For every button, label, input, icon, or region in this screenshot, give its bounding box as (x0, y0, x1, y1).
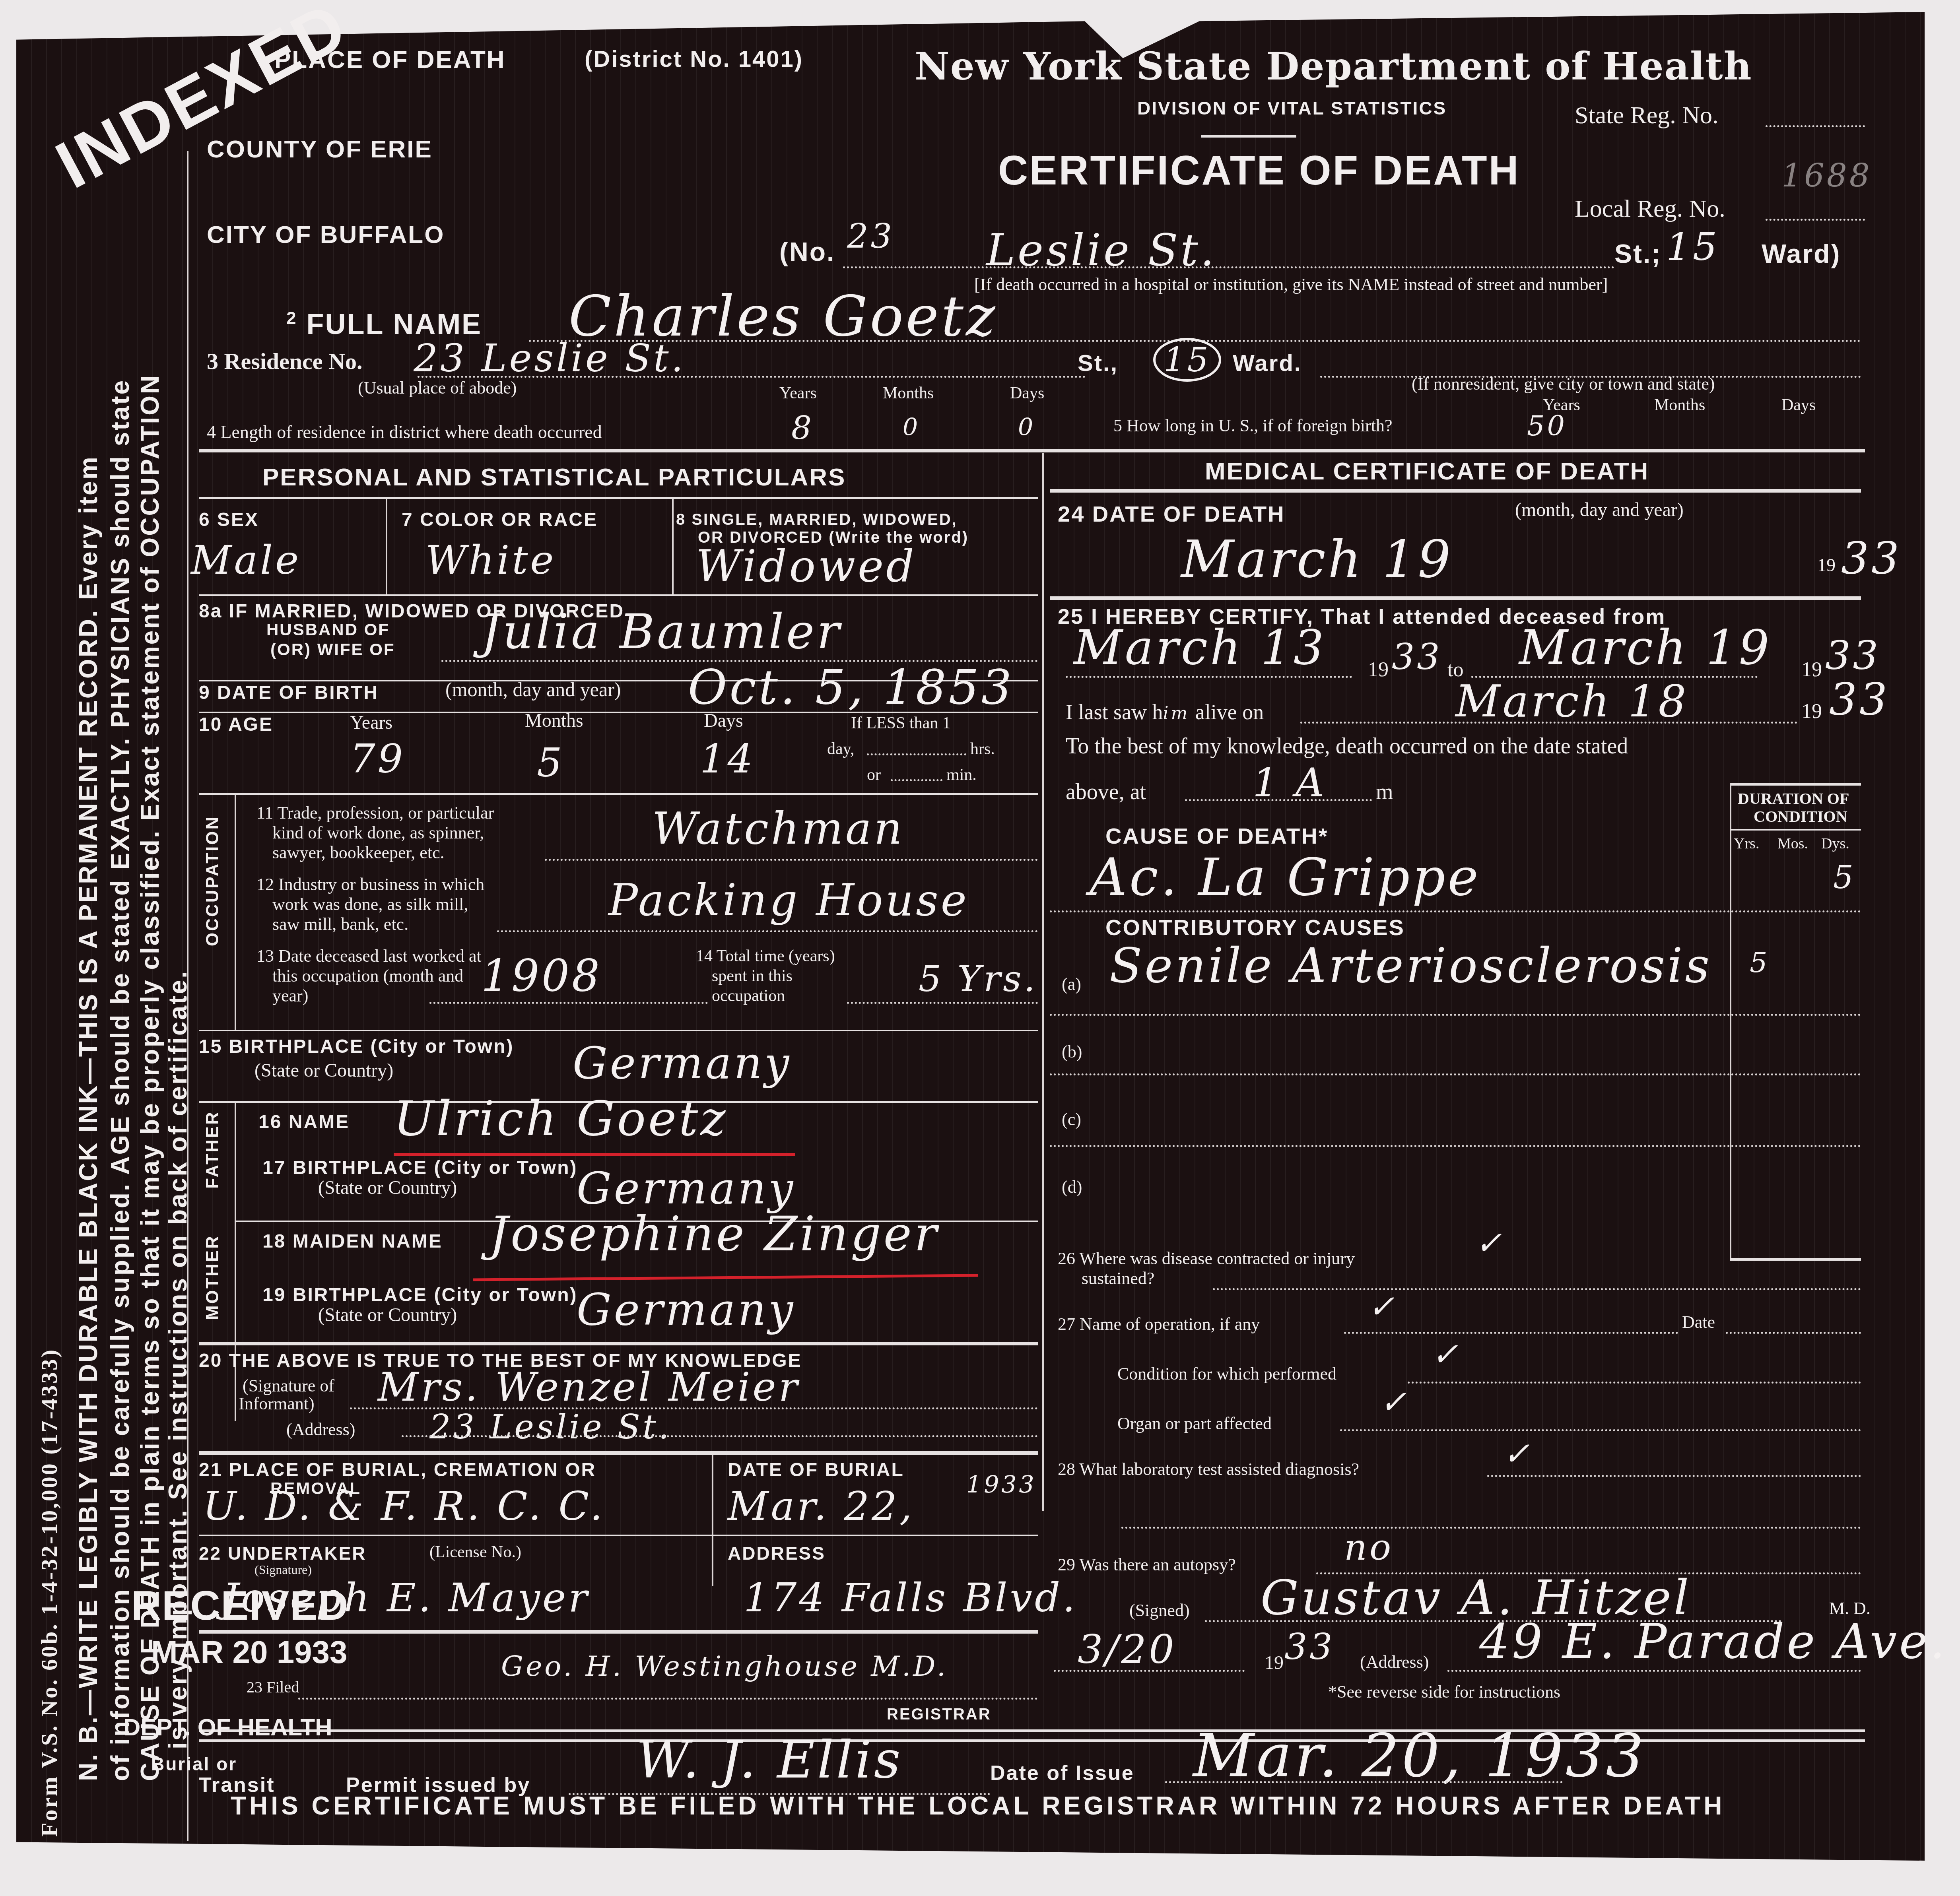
usual-abode-hint: (Usual place of abode) (358, 378, 517, 398)
sex-label: 6 SEX (199, 509, 259, 531)
total-time-label-line: occupation (696, 986, 835, 1006)
divider (235, 795, 236, 1030)
signed-label: (Signed) (1129, 1600, 1190, 1620)
cause-of-death-label: CAUSE OF DEATH* (1105, 823, 1328, 849)
contributory-cause-a: Senile Arteriosclerosis (1109, 938, 1712, 994)
age-years-header: Years (350, 712, 392, 734)
received-stamp-date: MAR 20 1933 (151, 1634, 348, 1671)
divider (386, 499, 387, 594)
burial-permit-label: Burial or (151, 1753, 237, 1775)
signature-year-value: 33 (1284, 1626, 1335, 1668)
burial-date-label: DATE OF BURIAL (728, 1459, 904, 1481)
father-name-value: Ulrich Goetz (394, 1091, 728, 1147)
father-name-label: 16 NAME (258, 1111, 350, 1133)
divider (199, 712, 1038, 713)
age-months-header: Months (525, 710, 583, 732)
signature-date-value: 3/20 (1078, 1626, 1177, 1673)
street-field[interactable] (843, 266, 1614, 268)
marital-value: Widowed (696, 541, 917, 592)
q28-field[interactable] (1487, 1475, 1861, 1477)
place-of-death-label: PLACE OF DEATH (274, 46, 506, 74)
age-label: 10 AGE (199, 714, 273, 736)
contrib-field-c[interactable] (1050, 1145, 1861, 1147)
year-prefix: 19 (1265, 1652, 1284, 1674)
dob-label: 9 DATE OF BIRTH (199, 682, 379, 704)
department-title: New York State Department of Health (915, 44, 1752, 89)
duration-years-header: Yrs. (1734, 835, 1759, 852)
informant-address-field[interactable] (402, 1435, 1038, 1437)
age-months-value: 5 (537, 739, 565, 786)
district-number: (District No. 1401) (585, 46, 803, 72)
cause-duration-days: 5 (1833, 859, 1856, 896)
duration-days-header: Dys. (1821, 835, 1849, 852)
mother-name-label: 18 MAIDEN NAME (262, 1230, 443, 1252)
residence-st-label: St., (1078, 350, 1118, 376)
total-time-label-line: 14 Total time (years) (696, 946, 835, 966)
best-knowledge-statement: To the best of my knowledge, death occur… (1066, 734, 1628, 759)
item-number: 2 (286, 309, 297, 328)
birthplace-label: 15 BIRTHPLACE (City or Town) (199, 1036, 514, 1058)
race-value: White (425, 537, 556, 583)
duration-box-top (1730, 783, 1861, 786)
years-in-us-text: How long in U. S., if of foreign birth? (1127, 416, 1392, 435)
informant-sig-label: (Signature of (243, 1376, 334, 1396)
duration-heading-2: CONDITION (1754, 807, 1847, 826)
instruction-line-1: N. B.—WRITE LEGIBLY WITH DURABLE BLACK I… (74, 455, 103, 1781)
date-of-death-hint: (month, day and year) (1515, 499, 1684, 521)
burial-label: 21 PLACE OF BURIAL, CREMATION OR (199, 1459, 596, 1481)
last-saw-text: I last saw h (1066, 700, 1163, 724)
q27-field[interactable] (1344, 1332, 1678, 1334)
father-side-label: FATHER (203, 1110, 223, 1189)
or-label: or (867, 765, 881, 784)
duration-box-bottom (1730, 1258, 1861, 1261)
q27-organ-label: Organ or part affected (1117, 1413, 1272, 1434)
residence-months-value: 0 (903, 413, 920, 441)
year-prefix: 19 (1801, 658, 1822, 681)
divider (199, 497, 1038, 499)
divider (1050, 489, 1861, 493)
full-name-label-text: FULL NAME (307, 309, 482, 340)
attended-to-year: 33 (1825, 632, 1880, 679)
attended-to-value: March 19 (1519, 620, 1772, 675)
birthplace-label-2: (State or Country) (254, 1060, 393, 1081)
date-of-death-year-prefix: 19 (1817, 555, 1836, 576)
dob-hint: (month, day and year) (445, 678, 621, 701)
burial-place-value: U. D. & F. R. C. C. (203, 1483, 605, 1529)
q26-label-2: sustained? (1082, 1268, 1154, 1289)
contrib-letter-b: (b) (1062, 1042, 1082, 1062)
residence-days-header: Days (1010, 384, 1044, 403)
hours-label: hrs. (970, 739, 995, 759)
less-than-day-label: If LESS than 1 (851, 714, 951, 733)
item-number: 4 (207, 422, 216, 442)
contrib-letter-d: (d) (1062, 1177, 1082, 1197)
date-of-death-value: March 19 (1181, 529, 1453, 589)
residence-ward-value: 15 (1153, 338, 1221, 382)
local-reg-value: 1688 (1781, 157, 1872, 194)
contrib-field-b[interactable] (1050, 1073, 1861, 1075)
residence-value: 23 Leslie St. (414, 336, 686, 380)
duration-months-header: Mos. (1777, 835, 1808, 852)
attended-from-value: March 13 (1074, 620, 1326, 675)
occupation-side-label: OCCUPATION (203, 815, 223, 946)
q27-organ-checkmark: ✓ (1380, 1384, 1409, 1421)
q28-label: 28 What laboratory test assisted diagnos… (1058, 1459, 1359, 1479)
informant-value: Mrs. Wenzel Meier (378, 1364, 800, 1410)
filing-notice: THIS CERTIFICATE MUST BE FILED WITH THE … (231, 1791, 1725, 1820)
birthplace-value: Germany (573, 1038, 791, 1089)
last-worked-label-line: this occupation (month and (256, 966, 482, 986)
length-of-residence-label: 4 Length of residence in district where … (207, 421, 602, 442)
instruction-line-2: of information should be carefully suppl… (105, 379, 135, 1781)
undertaker-label: 22 UNDERTAKER (199, 1543, 367, 1564)
q26-checkmark: ✓ (1475, 1225, 1504, 1261)
us-months-header: Months (1654, 396, 1705, 415)
wife-of-label: (OR) WIFE OF (270, 640, 395, 659)
residence-months-header: Months (883, 384, 934, 403)
q27-label: 27 Name of operation, if any (1058, 1314, 1260, 1334)
father-birthplace-value: Germany (577, 1163, 795, 1214)
q27-condition-field[interactable] (1408, 1382, 1861, 1384)
residence-days-value: 0 (1018, 413, 1035, 441)
minutes-field[interactable] (891, 779, 942, 781)
mother-name-value: Josephine Zinger (489, 1207, 939, 1262)
industry-value: Packing House (608, 875, 969, 926)
state-reg-label: State Reg. No. (1575, 101, 1719, 130)
reverse-instructions-note: *See reverse side for instructions (1328, 1682, 1560, 1702)
q27-organ-field[interactable] (1340, 1429, 1861, 1431)
divider (199, 1535, 1038, 1536)
registrar-signature: Geo. H. Westinghouse M.D. (501, 1650, 948, 1683)
trade-field[interactable] (545, 859, 1038, 861)
medical-heading: MEDICAL CERTIFICATE OF DEATH (1205, 457, 1649, 485)
age-days-header: Days (704, 710, 743, 732)
total-time-label: 14 Total time (years)spent in thisoccupa… (696, 946, 835, 1006)
undertaker-address-value: 174 Falls Blvd. (744, 1574, 1078, 1621)
last-worked-label-line: 13 Date deceased last worked at (256, 946, 482, 966)
q26-field[interactable] (1213, 1288, 1861, 1290)
duration-box-left (1730, 783, 1731, 1260)
informant-sig-label-2: Informant) (239, 1393, 315, 1414)
divider (712, 1455, 713, 1586)
minutes-label: min. (946, 765, 977, 784)
street-number-label: (No. (779, 237, 835, 267)
last-saw-field[interactable] (1300, 722, 1797, 724)
informant-address-label: (Address) (286, 1419, 355, 1440)
us-years-value: 50 (1527, 409, 1567, 442)
total-time-value: 5 Yrs. (919, 958, 1037, 1000)
undertaker-license-label: (License No.) (429, 1543, 521, 1562)
local-reg-label: Local Reg. No. (1575, 195, 1725, 223)
instruction-line-3: CAUSE OF DEATH in plain terms so that it… (135, 374, 165, 1781)
q27-checkmark: ✓ (1368, 1288, 1397, 1325)
mother-birthplace-label: 19 BIRTHPLACE (City or Town) (262, 1284, 577, 1306)
contrib-letter-c: (c) (1062, 1109, 1081, 1129)
residence-years-header: Years (779, 384, 817, 403)
trade-value: Watchman (652, 803, 904, 854)
red-underline (394, 1153, 795, 1156)
contrib-field-a[interactable] (1050, 1014, 1861, 1016)
last-saw-value: March 18 (1455, 676, 1688, 727)
residence-label-text: Residence No. (224, 348, 363, 374)
sex-value: Male (191, 537, 301, 583)
cause-field[interactable] (1050, 910, 1861, 912)
father-birthplace-label: 17 BIRTHPLACE (City or Town) (262, 1157, 577, 1179)
trade-label-line: kind of work done, as spinner, (256, 823, 494, 843)
spouse-value: Julia Baumler (481, 604, 842, 660)
street-number-value: 23 (847, 217, 894, 256)
issue-date-value: Mar. 20, 1933 (1193, 1721, 1646, 1791)
contributory-causes-label: CONTRIBUTORY CAUSES (1105, 914, 1405, 940)
duration-heading: DURATION OF (1738, 789, 1849, 808)
q28-field-2[interactable] (1121, 1527, 1861, 1529)
physician-address-label: (Address) (1360, 1652, 1429, 1672)
received-stamp: RECEIVED (131, 1582, 349, 1630)
trade-label-line: sawyer, bookkeeper, etc. (256, 843, 494, 863)
year-prefix: 19 (1801, 700, 1822, 723)
county-label: COUNTY OF ERIE (207, 135, 433, 163)
contributory-duration-a: 5 (1750, 946, 1770, 979)
cause-of-death-value: Ac. La Grippe (1090, 847, 1480, 907)
total-time-field[interactable] (847, 1002, 1038, 1004)
total-time-label-line: spent in this (696, 966, 835, 986)
dob-value: Oct. 5, 1853 (688, 660, 1014, 715)
divider (672, 499, 674, 594)
attended-from-year: 33 (1392, 636, 1442, 678)
item-number: 5 (1113, 416, 1122, 435)
alive-on-text: alive on (1195, 700, 1264, 724)
trade-label: 11 Trade, profession, or particularkind … (256, 803, 494, 863)
street-st-label: St.; (1614, 239, 1661, 269)
length-of-residence-text: Length of residence in district where de… (221, 422, 602, 442)
burial-year-value: 1933 (966, 1471, 1037, 1499)
time-of-death-field[interactable] (1185, 799, 1372, 801)
nonresident-hint: (If nonresident, give city or town and s… (1412, 374, 1715, 394)
personal-heading: PERSONAL AND STATISTICAL PARTICULARS (262, 463, 846, 491)
certificate-title: CERTIFICATE OF DEATH (998, 147, 1520, 194)
issue-date-field[interactable] (1165, 1781, 1563, 1783)
trade-label-line: 11 Trade, profession, or particular (256, 803, 494, 823)
meridiem-label: m (1376, 779, 1393, 805)
title-divider (1201, 135, 1296, 138)
industry-label-line: 12 Industry or business in which (256, 875, 484, 895)
divider (1730, 829, 1861, 831)
hospital-note: [If death occurred in a hospital or inst… (974, 274, 1608, 295)
informant-address-value: 23 Leslie St. (429, 1407, 671, 1446)
divider (199, 793, 1038, 795)
q26-label: 26 Where was disease contracted or injur… (1058, 1248, 1355, 1269)
industry-field[interactable] (497, 930, 1038, 932)
permit-issued-by-value: W. J. Ellis (636, 1729, 903, 1790)
operation-date-field[interactable] (1726, 1332, 1861, 1334)
q27-condition-checkmark: ✓ (1432, 1336, 1461, 1373)
last-saw-label: I last saw him alive on (1066, 700, 1264, 724)
section-divider (199, 449, 1865, 452)
date-of-death-label: 24 DATE OF DEATH (1058, 501, 1285, 527)
industry-label: 12 Industry or business in whichwork was… (256, 875, 484, 934)
autopsy-value: no (1344, 1527, 1393, 1568)
race-label: 7 COLOR OR RACE (402, 509, 598, 531)
division-label: DIVISION OF VITAL STATISTICS (1137, 97, 1447, 119)
date-of-death-year-value: 33 (1841, 533, 1902, 584)
ward-label: Ward) (1762, 239, 1841, 269)
city-label: CITY OF BUFFALO (207, 221, 445, 249)
divider (199, 1342, 1038, 1345)
divider (1050, 596, 1861, 600)
mother-birthplace-value: Germany (577, 1284, 795, 1335)
divider (235, 1103, 236, 1421)
industry-label-line: saw mill, bank, etc. (256, 914, 484, 934)
last-saw-year: 33 (1829, 674, 1890, 725)
husband-of-label: HUSBAND OF (266, 620, 390, 639)
physician-address-field[interactable] (1447, 1670, 1861, 1672)
registrar-label: REGISTRAR (887, 1706, 991, 1723)
father-birthplace-label-2: (State or Country) (318, 1177, 457, 1199)
state-reg-field[interactable] (1766, 125, 1865, 127)
local-reg-field[interactable] (1766, 219, 1865, 221)
residence-label: 3 Residence No. (207, 348, 362, 375)
center-divider (1042, 453, 1044, 1511)
year-prefix: 19 (1368, 658, 1389, 681)
mother-birthplace-label-2: (State or Country) (318, 1304, 457, 1326)
divider (199, 1030, 1038, 1031)
form-number: Form V.S. No. 60b. 1-4-32-10,000 (17-433… (36, 1348, 62, 1837)
age-years-value: 79 (350, 736, 405, 782)
divider (199, 1451, 1038, 1455)
last-saw-pronoun: im (1163, 703, 1190, 724)
divider (199, 1630, 1038, 1634)
residence-ward-label: Ward. (1233, 350, 1302, 376)
registrar-field[interactable] (298, 1698, 1038, 1700)
hours-field[interactable] (867, 753, 966, 755)
last-worked-label: 13 Date deceased last worked atthis occu… (256, 946, 482, 1006)
mother-side-label: MOTHER (203, 1234, 223, 1320)
marital-label: 8 SINGLE, MARRIED, WIDOWED, (676, 511, 958, 529)
less-day-label: day, (827, 739, 854, 759)
burial-date-value: Mar. 22, (728, 1483, 914, 1529)
filed-label: 23 Filed (247, 1678, 299, 1696)
last-worked-value: 1908 (481, 950, 602, 1001)
age-days-value: 14 (700, 736, 755, 782)
q27-condition-label: Condition for which performed (1117, 1364, 1336, 1384)
q29-label: 29 Was there an autopsy? (1058, 1554, 1236, 1575)
undertaker-address-label: ADDRESS (728, 1543, 826, 1564)
signature-date-field[interactable] (1054, 1670, 1245, 1672)
q28-checkmark: ✓ (1503, 1435, 1532, 1472)
industry-label-line: work was done, as silk mill, (256, 895, 484, 914)
contrib-letter-a: (a) (1062, 974, 1081, 994)
residence-years-value: 8 (791, 409, 814, 446)
years-in-us-label: 5 How long in U. S., if of foreign birth… (1113, 415, 1392, 436)
issue-date-label: Date of Issue (990, 1761, 1134, 1785)
attended-from-field[interactable] (1066, 676, 1352, 678)
operation-date-label: Date (1682, 1312, 1715, 1332)
us-days-header: Days (1781, 396, 1816, 415)
divider (199, 594, 1038, 596)
above-at-label: above, at (1066, 779, 1146, 805)
last-worked-field[interactable] (429, 1002, 708, 1004)
residence-field[interactable] (418, 376, 1086, 378)
item-number: 3 (207, 348, 218, 374)
physician-address-value: 49 E. Parade Ave. (1479, 1614, 1947, 1669)
ward-value: 15 (1666, 225, 1719, 269)
received-stamp-dept: DEPT. OF HEALTH (123, 1714, 332, 1741)
